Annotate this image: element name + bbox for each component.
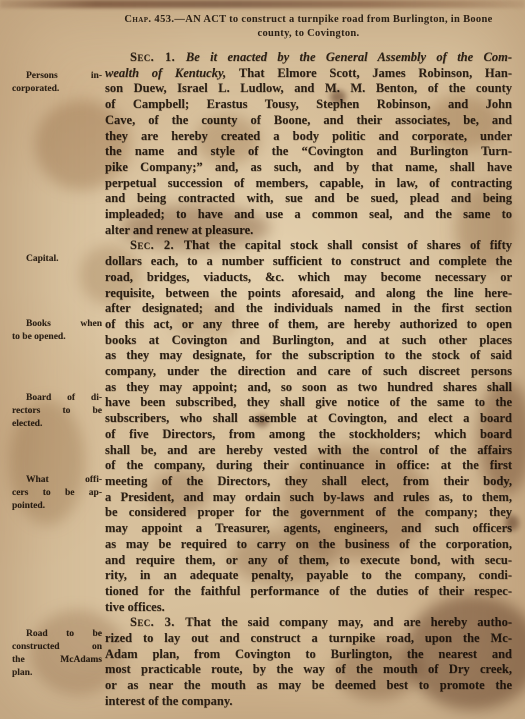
margin-note-board-of-directors: Board of di-rectors to beelected. [12,392,102,431]
text-line: Board of di- [12,392,102,405]
margin-note-books-when-opened: Books whento be opened. [12,318,102,344]
text-line: of five Directors, from among the stockh… [105,427,512,443]
text-line: alter and renew at pleasure. [105,223,512,239]
top-edge-stain [0,0,525,8]
text-line: have been subscribed, they shall give no… [105,395,512,411]
text-line: to be opened. [12,331,102,344]
text-line: pointed. [12,500,102,513]
text-line: elected. [12,418,102,431]
text-line: Sec. 3. That the said company may, and a… [105,615,512,631]
paragraph-section-2: Sec. 2. That the capital stock shall con… [105,238,512,615]
text-line: the name and style of the “Covington and… [105,144,512,160]
text-line: requisite, between the points aforesaid,… [105,286,512,302]
text-line: rectors to be [12,405,102,418]
text-line: as may be required to carry on the busin… [105,537,512,553]
text-line: as they may appoint; and, so soon as two… [105,380,512,396]
text-line: county, to Covington. [105,27,512,41]
text-line: of this act, or any three of them, are h… [105,317,512,333]
text-line: and require them, or any of them, to exe… [105,553,512,569]
margin-note-capital: Capital. [12,253,102,266]
text-line: may appoint a Treasurer, agents, enginee… [105,521,512,537]
text-line: road, bridges, viaducts, &c. which may b… [105,270,512,286]
text-line: impleaded; to have and use a common seal… [105,207,512,223]
text-line: rity, in an adequate penalty, payable to… [105,568,512,584]
text-line: Cave, of the county of Boone, and their … [105,113,512,129]
text-line: Road to be [12,628,102,641]
text-segment: Chap. 453. [124,14,174,25]
text-line: Sec. 2. That the capital stock shall con… [105,238,512,254]
text-line: corporated. [12,83,102,96]
text-line: as they may designate, for the subscript… [105,348,512,364]
text-segment: Sec. 2. [130,238,184,252]
text-segment: That Elmore Scott, James Robinson, Han- [239,66,512,80]
text-line: interest of the company. [105,694,512,710]
scanned-statute-page: Chap. 453.—AN ACT to construct a turnpik… [0,0,525,719]
text-line: meeting of the Directors, they shall ele… [105,474,512,490]
text-segment: That the said company may, and are hereb… [185,615,512,629]
text-line: pike Company;” and, as such, and by that… [105,160,512,176]
margin-note-road-mcadams-plan: Road to beconstructed onthe McAdamsplan. [12,628,102,680]
text-line: wealth of Kentucky, That Elmore Scott, J… [105,66,512,82]
text-line: Sec. 1. Be it enacted by the General Ass… [105,50,512,66]
text-segment: That the capital stock shall consist of … [184,238,512,252]
margin-note-officers-appointed: What offi-cers to be ap-pointed. [12,474,102,513]
text-line: son Duew, Israel L. Ludlow, and M. M. Be… [105,81,512,97]
act-heading: Chap. 453.—AN ACT to construct a turnpik… [105,13,512,41]
text-line: Capital. [12,253,102,266]
text-line: tive offices. [105,600,512,616]
text-line: and being contracted with, sue and be su… [105,191,512,207]
paragraph-section-3: Sec. 3. That the said company may, and a… [105,615,512,709]
text-line: cers to be ap- [12,487,102,500]
text-line: constructed on [12,641,102,654]
text-line: of Campbell; Erastus Tousy, Stephen Robi… [105,97,512,113]
text-line: shall be, and are hereby vested with the… [105,443,512,459]
margin-note-persons-incorporated: Persons in-corporated. [12,70,102,96]
text-line: a President, and may ordain such by-laws… [105,490,512,506]
text-line: What offi- [12,474,102,487]
text-line: be considered proper for the government … [105,505,512,521]
text-segment: wealth of Kentucky, [105,66,239,80]
text-line: they are hereby created a body politic a… [105,129,512,145]
text-line: rized to lay out and construct a turnpik… [105,631,512,647]
text-line: the McAdams [12,654,102,667]
text-line: after designated; and the individuals na… [105,301,512,317]
text-segment: Sec. 3. [130,615,185,629]
text-line: tioned for the faithful performance of t… [105,584,512,600]
text-line: books at Covington and Burlington, and a… [105,333,512,349]
text-segment: Be it enacted by the General Assembly of… [186,50,512,64]
text-line: Persons in- [12,70,102,83]
text-line: or as near the mouth as may be deemed be… [105,678,512,694]
text-line: of the company, during their continuance… [105,458,512,474]
text-line: company, under the direction and care of… [105,364,512,380]
text-line: Adam plan, from Covington to Burlington,… [105,647,512,663]
text-line: subscribers, who shall assemble at Covin… [105,411,512,427]
text-line: dollars each, to a number sufficient to … [105,254,512,270]
text-line: most practicable route, by the way of th… [105,662,512,678]
body-column: Sec. 1. Be it enacted by the General Ass… [105,50,512,710]
paragraph-section-1: Sec. 1. Be it enacted by the General Ass… [105,50,512,238]
text-segment: —AN ACT to construct a turnpike road fro… [174,14,492,25]
text-line: Chap. 453.—AN ACT to construct a turnpik… [105,13,512,27]
text-segment: Sec. 1. [130,50,186,64]
text-line: Books when [12,318,102,331]
text-line: plan. [12,667,102,680]
text-line: perpetual succession of members, capable… [105,176,512,192]
